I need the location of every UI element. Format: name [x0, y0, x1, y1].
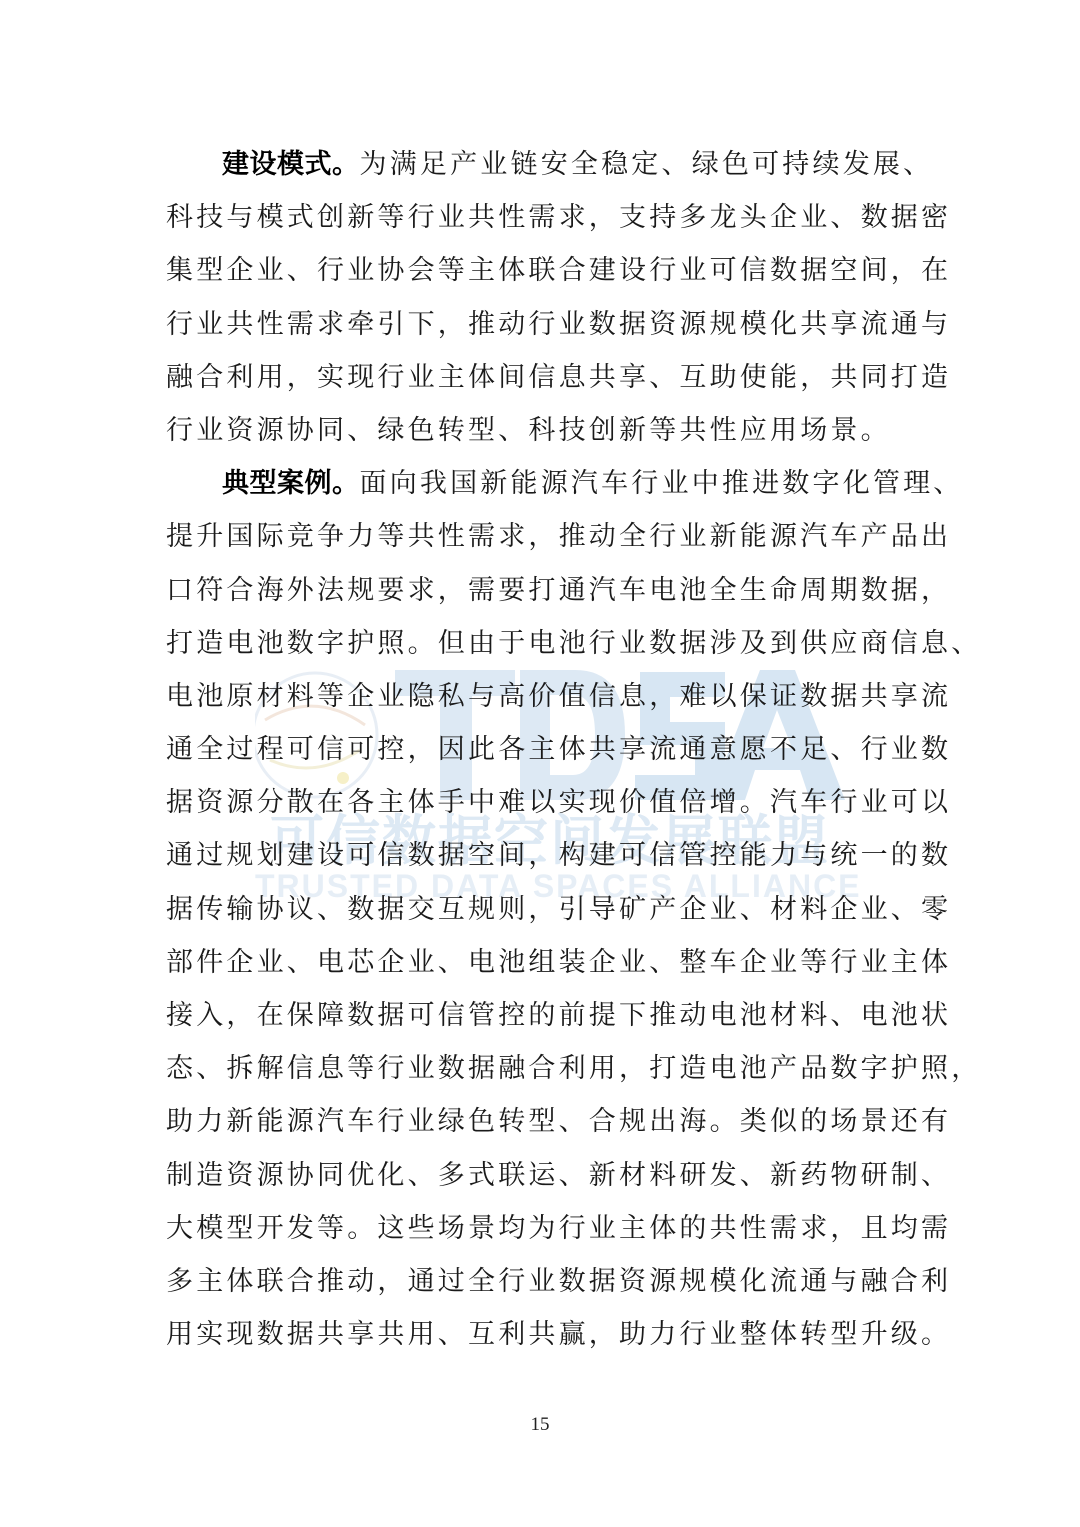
paragraph-typical-case: 典型案例。面向我国新能源汽车行业中推进数字化管理、 提升国际竞争力等共性需求，推… — [166, 457, 966, 1361]
text-line: 口符合海外法规要求，需要打通汽车电池全生命周期数据， — [166, 564, 966, 617]
text-line: 据传输协议、数据交互规则，引导矿产企业、材料企业、零 — [166, 883, 966, 936]
text-line: 通过规划建设可信数据空间，构建可信管控能力与统一的数 — [166, 829, 966, 882]
text-line: 集型企业、行业协会等主体联合建设行业可信数据空间，在 — [166, 244, 966, 297]
text-line: 打造电池数字护照。但由于电池行业数据涉及到供应商信息、 — [166, 617, 966, 670]
paragraph-first-line: 典型案例。面向我国新能源汽车行业中推进数字化管理、 — [166, 457, 966, 510]
text-line: 行业共性需求牵引下，推动行业数据资源规模化共享流通与 — [166, 298, 966, 351]
paragraph-construction-mode: 建设模式。为满足产业链安全稳定、绿色可持续发展、 科技与模式创新等行业共性需求，… — [166, 138, 966, 457]
body-text: 建设模式。为满足产业链安全稳定、绿色可持续发展、 科技与模式创新等行业共性需求，… — [166, 138, 966, 1361]
document-page: 可信数据空间发展联盟 TRUSTED DATA SPACES ALLIANCE … — [0, 0, 1080, 1527]
text-line: 行业资源协同、绿色转型、科技创新等共性应用场景。 — [166, 404, 966, 457]
text-line: 提升国际竞争力等共性需求，推动全行业新能源汽车产品出 — [166, 510, 966, 563]
text-line: 部件企业、电芯企业、电池组装企业、整车企业等行业主体 — [166, 936, 966, 989]
page-number: 15 — [0, 1414, 1080, 1436]
text-line: 融合利用，实现行业主体间信息共享、互助使能，共同打造 — [166, 351, 966, 404]
text-line: 电池原材料等企业隐私与高价值信息，难以保证数据共享流 — [166, 670, 966, 723]
text-line: 多主体联合推动，通过全行业数据资源规模化流通与融合利 — [166, 1255, 966, 1308]
text-line: 接入，在保障数据可信管控的前提下推动电池材料、电池状 — [166, 989, 966, 1042]
paragraph-heading: 典型案例。 — [222, 468, 360, 499]
text-line: 为满足产业链安全稳定、绿色可持续发展、 — [360, 149, 934, 180]
paragraph-heading: 建设模式。 — [222, 149, 360, 180]
text-line: 用实现数据共享共用、互利共赢，助力行业整体转型升级。 — [166, 1308, 966, 1361]
text-line: 助力新能源汽车行业绿色转型、合规出海。类似的场景还有 — [166, 1095, 966, 1148]
text-line: 科技与模式创新等行业共性需求，支持多龙头企业、数据密 — [166, 191, 966, 244]
paragraph-first-line: 建设模式。为满足产业链安全稳定、绿色可持续发展、 — [166, 138, 966, 191]
text-line: 面向我国新能源汽车行业中推进数字化管理、 — [360, 468, 964, 499]
text-line: 通全过程可信可控，因此各主体共享流通意愿不足、行业数 — [166, 723, 966, 776]
text-line: 制造资源协同优化、多式联运、新材料研发、新药物研制、 — [166, 1149, 966, 1202]
text-line: 态、拆解信息等行业数据融合利用，打造电池产品数字护照， — [166, 1042, 966, 1095]
text-line: 大模型开发等。这些场景均为行业主体的共性需求，且均需 — [166, 1202, 966, 1255]
text-line: 据资源分散在各主体手中难以实现价值倍增。汽车行业可以 — [166, 776, 966, 829]
